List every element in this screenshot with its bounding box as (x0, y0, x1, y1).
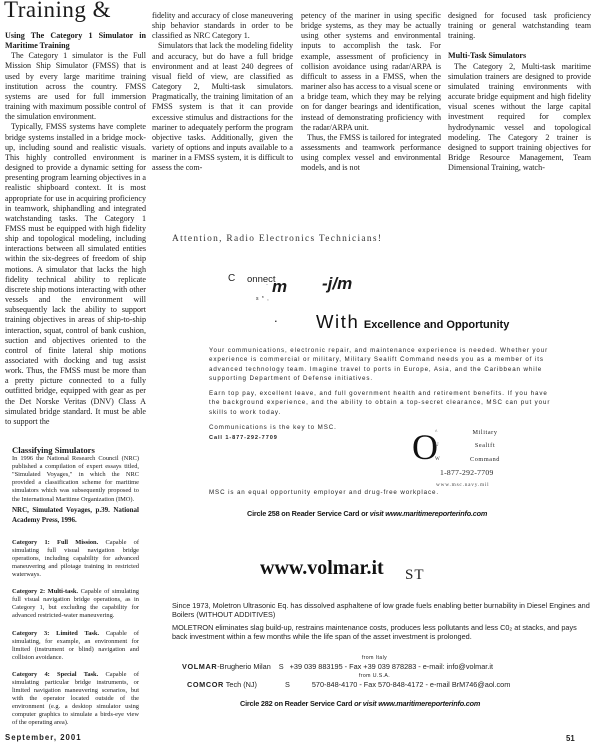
logo-mark: U (435, 439, 440, 452)
reader-service-link[interactable]: or visit www.maritimereporterinfo.com (354, 699, 480, 708)
article-paragraph: petency of the mariner in using specific… (301, 11, 441, 133)
sidebar-category-4: Category 4: Special Task. Capable of sim… (12, 671, 139, 728)
usa-location: Tech (NJ) (226, 680, 257, 689)
reader-service-line-282: Circle 282 on Reader Service Card or vis… (240, 699, 480, 708)
logo-word-sealift: Sealift (450, 439, 520, 452)
logo-fragment-jm: -j/m (322, 274, 352, 294)
logo-word-military: Military (450, 426, 520, 439)
section-title: Training & (4, 0, 111, 22)
article-paragraph: Typically, FMSS systems have complete br… (5, 122, 146, 427)
article-column-4: designed for focused task proficiency tr… (448, 11, 591, 173)
sidebar-category-3: Category 3: Limited Task. Capable of sim… (12, 630, 139, 662)
volmar-advertisement: www.volmar.it ST Since 1973, Moletron Ul… (150, 545, 599, 715)
logo-fragment-m: m (272, 277, 287, 297)
reader-service-link[interactable]: visit www.maritimereporterinfo.com (370, 509, 487, 518)
from-usa-label: from U.S.A. (150, 673, 599, 679)
ad-headline: Attention, Radio Electronics Technicians… (172, 234, 382, 244)
with-word: With (316, 311, 359, 332)
volmar-body: Since 1973, Moletron Ultrasonic Eq. has … (172, 601, 590, 642)
page-number: 51 (566, 734, 575, 743)
phone-symbol: S (279, 662, 284, 671)
equal-opportunity-statement: MSC is an equal opportunity employer and… (209, 488, 439, 497)
article-paragraph: Thus, the FMSS is tailored for integrate… (301, 133, 441, 174)
article-column-3: petency of the mariner in using specific… (301, 11, 441, 174)
article-paragraph: fidelity and accuracy of close maneuveri… (152, 11, 293, 41)
reader-service-text: Circle 258 on Reader Service Card or (247, 509, 370, 518)
category-label: Category 2: Multi-task. (12, 588, 78, 595)
article-subheading: Multi-Task Simulators (448, 51, 591, 61)
category-label: Category 3: Limited Task. (12, 630, 99, 637)
sidebar-category-1: Category 1: Full Mission. Capable of sim… (12, 539, 139, 579)
volmar-url[interactable]: www.volmar.it (260, 557, 384, 580)
italy-contact-details: +39 039 883195 - Fax +39 039 878283 - e-… (290, 662, 493, 671)
usa-contact-details: 570-848-4170 - Fax 570-848-4172 - e-mail… (312, 680, 510, 689)
article-paragraph: designed for focused task proficiency tr… (448, 11, 591, 41)
article-column-1: Using The Category 1 Simulator in Mariti… (5, 31, 146, 427)
phone-symbol: S (285, 680, 290, 689)
from-italy-label: from Italy (150, 655, 599, 661)
msc-phone: 1-877-292-7709 (440, 468, 494, 477)
msc-website-link[interactable]: www.msc.navy.mil (436, 482, 489, 488)
article-paragraph: Simulators that lack the modeling fideli… (152, 41, 293, 173)
sidebar-category-2: Category 2: Multi-task. Capable of simul… (12, 588, 139, 620)
issue-date: September, 2001 (5, 733, 82, 742)
volmar-logo-text: ST (405, 567, 425, 584)
msc-logo-marks: ^ U W (435, 426, 440, 466)
logo-fragment-s: s * , (256, 296, 270, 302)
msc-advertisement: Attention, Radio Electronics Technicians… (150, 220, 599, 520)
volmar-paragraph: MOLETRON eliminates slag build-up, restr… (172, 623, 590, 642)
logo-mark: ^ (435, 426, 440, 439)
ad-tagline: Excellence and Opportunity (364, 319, 509, 331)
sidebar-intro: In 1996 the National Research Council (N… (12, 455, 139, 504)
reader-service-line-258: Circle 258 on Reader Service Card or vis… (247, 509, 487, 518)
company-comcor: COMCOR (187, 680, 224, 689)
logo-fragment-period: . (274, 310, 278, 325)
company-volmar: VOLMAR (182, 662, 217, 671)
italy-contact-row: VOLMAR-Brugherio Milan S+39 039 883195 -… (182, 662, 493, 671)
classifying-simulators-sidebar: Classifying Simulators In 1996 the Natio… (12, 446, 139, 737)
article-paragraph: The Category 2, Multi-task maritime simu… (448, 62, 591, 174)
category-text: Capable of simulating particular bridge … (12, 671, 139, 727)
msc-logo-words: Military Sealift Command (450, 426, 520, 466)
logo-fragment-dot: · (266, 282, 268, 288)
logo-fragment-c: C (228, 273, 235, 284)
usa-contact-row: COMCOR Tech (NJ) S570-848-4170 - Fax 570… (187, 680, 510, 689)
sidebar-title: Classifying Simulators (12, 446, 139, 454)
ad-paragraph: Earn top pay, excellent leave, and full … (209, 389, 559, 417)
category-label: Category 4: Special Task. (12, 671, 98, 678)
logo-mark: W (435, 453, 440, 466)
ad-tagline-row: With Excellence and Opportunity (316, 311, 509, 333)
italy-location: -Brugherio Milan (217, 662, 271, 671)
volmar-paragraph: Since 1973, Moletron Ultrasonic Eq. has … (172, 601, 590, 620)
article-paragraph: The Category 1 simulator is the Full Mis… (5, 51, 146, 122)
reader-service-text: Circle 282 on Reader Service Card (240, 699, 354, 708)
ad-paragraph: Your communications, electronic repair, … (209, 346, 559, 383)
sidebar-citation: NRC, Simulated Voyages, p.39. National A… (12, 505, 139, 525)
category-label: Category 1: Full Mission. (12, 539, 98, 546)
logo-word-command: Command (450, 453, 520, 466)
article-heading: Using The Category 1 Simulator in Mariti… (5, 31, 146, 51)
article-column-2: fidelity and accuracy of close maneuveri… (152, 11, 293, 174)
